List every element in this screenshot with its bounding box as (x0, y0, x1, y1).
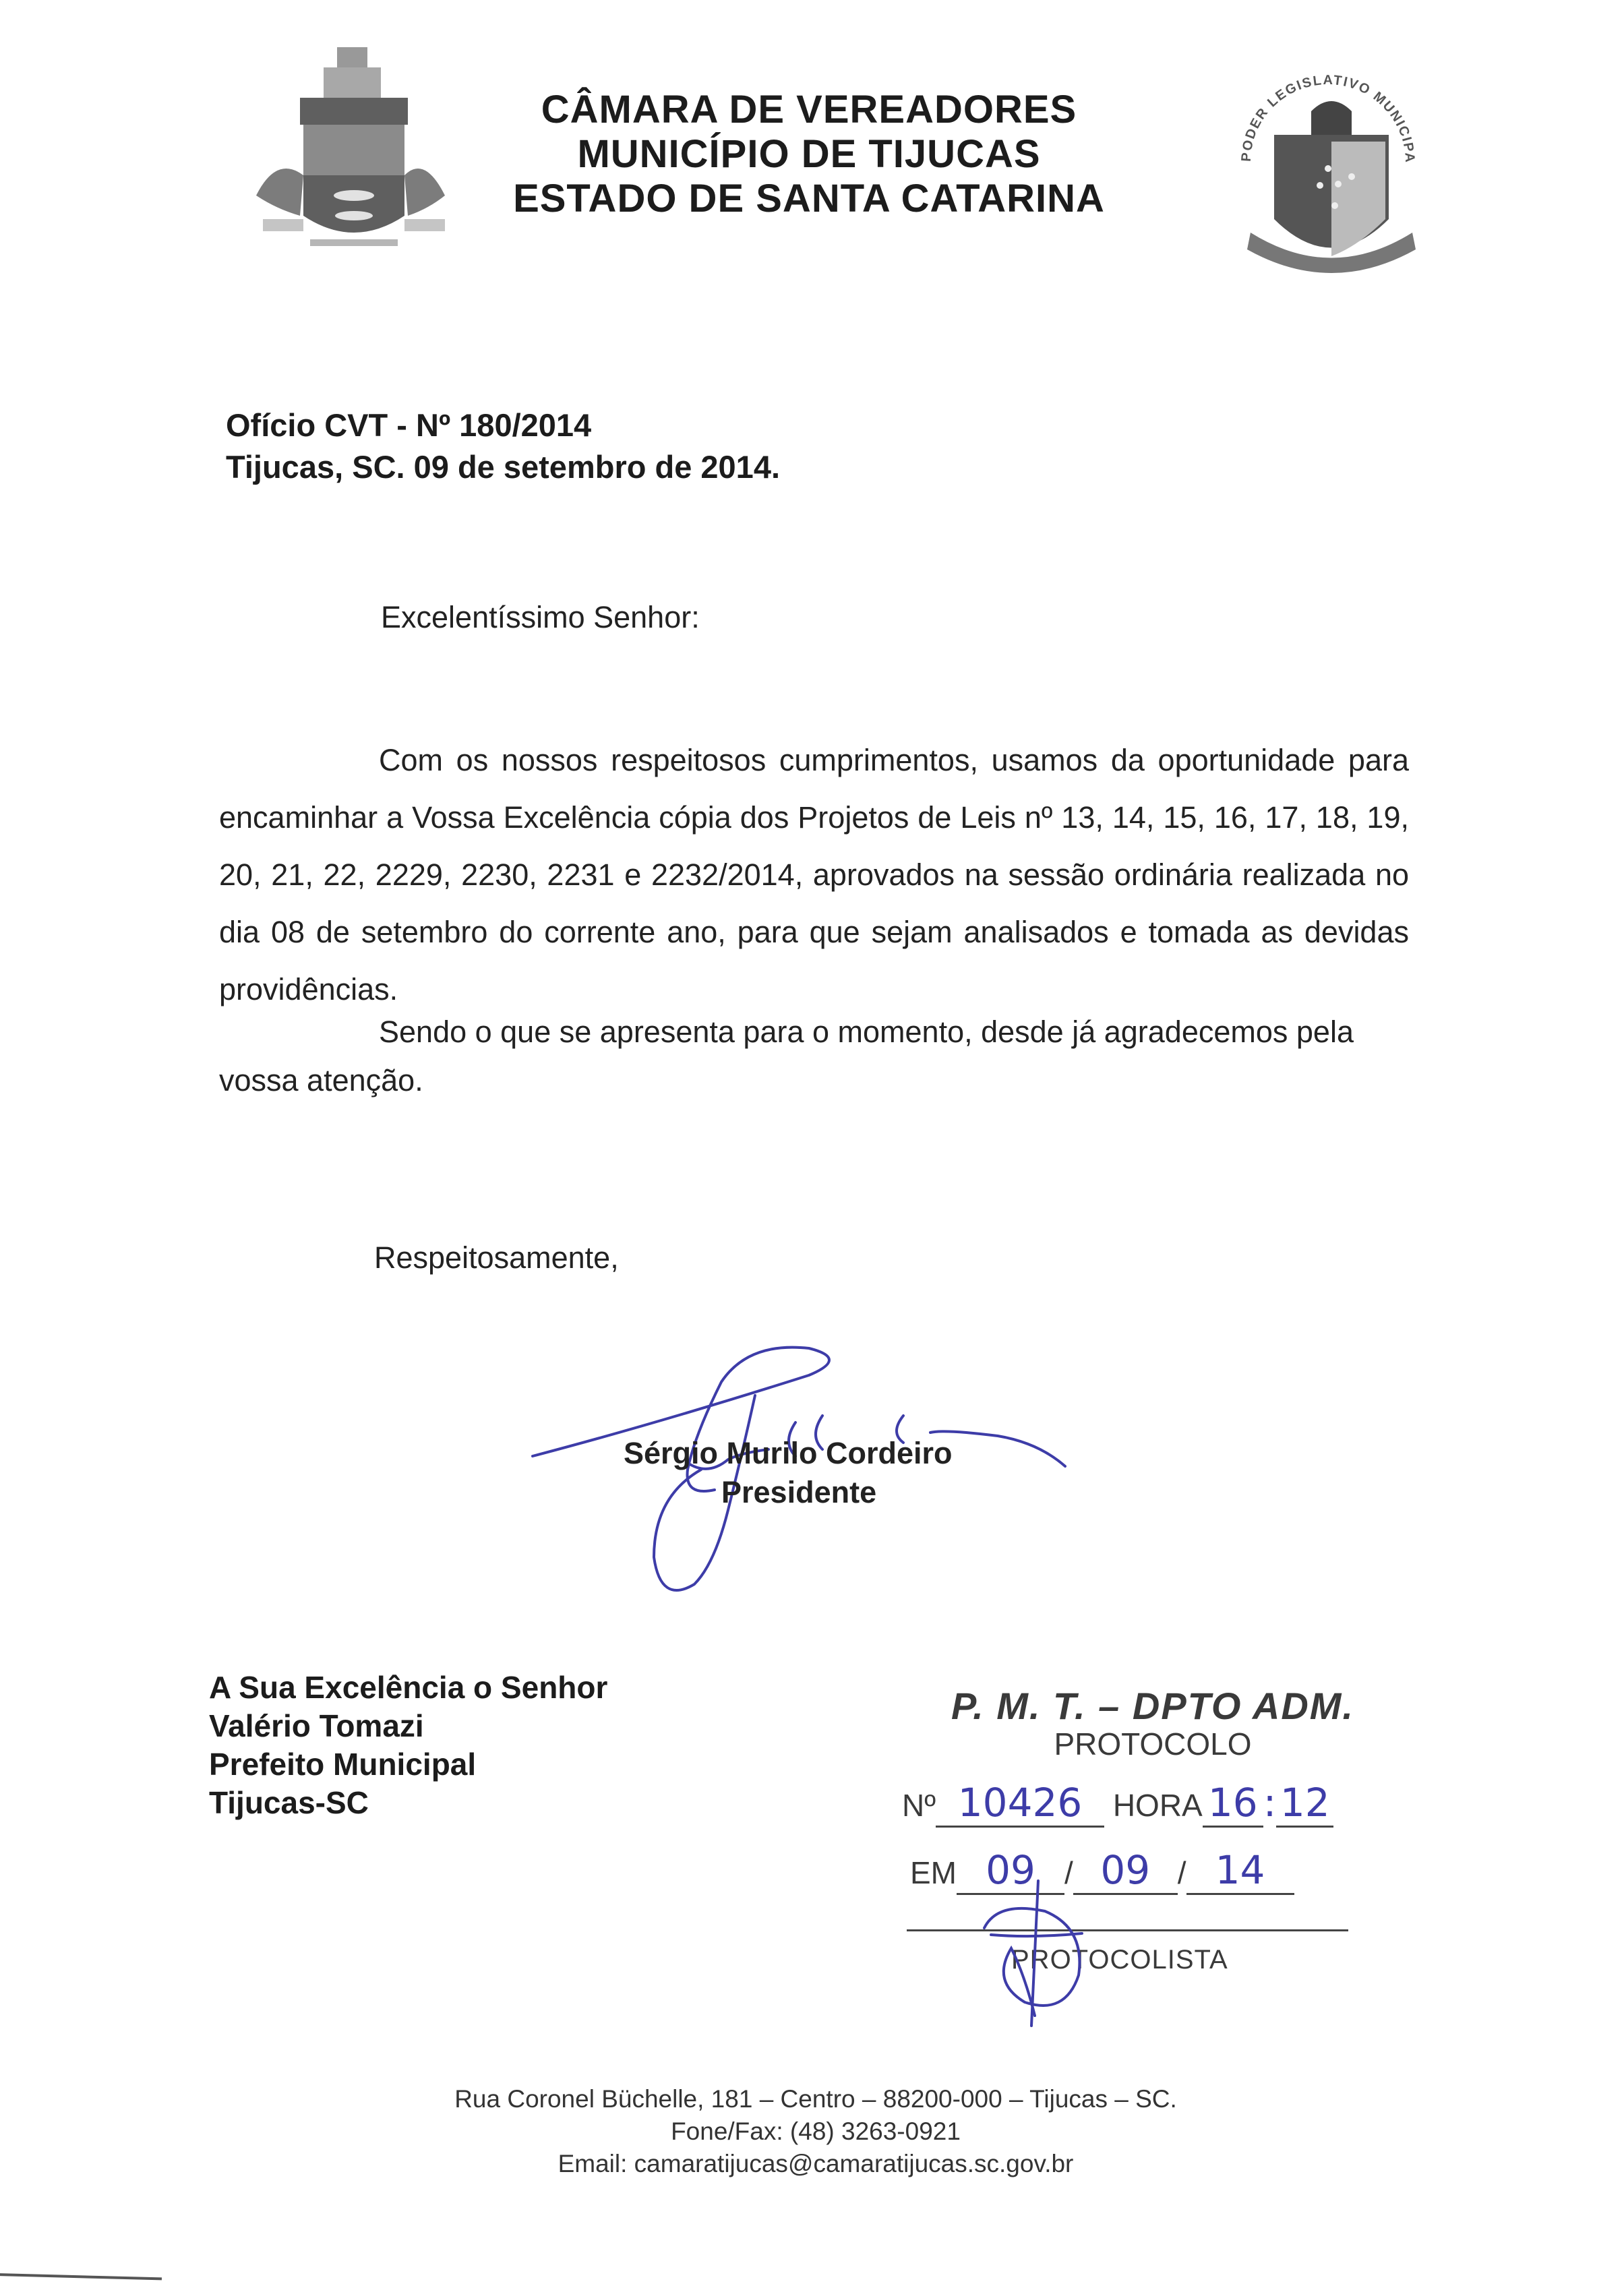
addressee-block: A Sua Excelência o Senhor Valério Tomazi… (209, 1668, 607, 1822)
stamp-minute-value: 12 (1276, 1780, 1333, 1828)
addressee-line-2: Valério Tomazi (209, 1707, 607, 1745)
footer-address: Rua Coronel Büchelle, 181 – Centro – 882… (270, 2083, 1362, 2115)
letterhead-line-2: MUNICÍPIO DE TIJUCAS (404, 132, 1213, 177)
stamp-year: 14 (1186, 1847, 1294, 1895)
document-reference: Ofício CVT - Nº 180/2014 Tijucas, SC. 09… (226, 404, 780, 488)
legislative-seal-icon: PODER LEGISLATIVO MUNICIPAL (1213, 61, 1443, 290)
signer-name: Sérgio Murilo Cordeiro (624, 1436, 953, 1471)
footer-email: Email: camaratijucas@camaratijucas.sc.go… (270, 2148, 1362, 2180)
stamp-hour-value: 16 (1203, 1780, 1263, 1828)
addressee-line-4: Tijucas-SC (209, 1784, 607, 1822)
stamp-department: P. M. T. – DPTO ADM. (924, 1684, 1382, 1728)
body-paragraph-2: Sendo o que se apresenta para o momento,… (219, 1008, 1409, 1105)
stamp-title: PROTOCOLO (924, 1726, 1382, 1762)
stamp-hour-label: HORA (1113, 1788, 1203, 1823)
letterhead-title: CÂMARA DE VEREADORES MUNICÍPIO DE TIJUCA… (404, 88, 1213, 221)
place-date: Tijucas, SC. 09 de setembro de 2014. (226, 446, 780, 488)
oficio-number: Ofício CVT - Nº 180/2014 (226, 404, 780, 446)
letterhead-footer: Rua Coronel Büchelle, 181 – Centro – 882… (270, 2083, 1362, 2180)
closing: Respeitosamente, (374, 1240, 619, 1275)
body-paragraph-1: Com os nossos respeitosos cumprimentos, … (219, 731, 1409, 1018)
footer-phone: Fone/Fax: (48) 3263-0921 (270, 2115, 1362, 2148)
letterhead-line-3: ESTADO DE SANTA CATARINA (404, 177, 1213, 221)
addressee-line-3: Prefeito Municipal (209, 1745, 607, 1784)
stamp-initials-icon (971, 1874, 1119, 2029)
stamp-number-row: Nº10426 HORA16:12 (902, 1780, 1333, 1828)
stamp-number-label: Nº (902, 1788, 936, 1823)
signer-role: Presidente (721, 1475, 876, 1510)
scan-edge-shadow (0, 2273, 162, 2281)
stamp-date-label: EM (910, 1855, 957, 1890)
letterhead-line-1: CÂMARA DE VEREADORES (404, 88, 1213, 132)
addressee-line-1: A Sua Excelência o Senhor (209, 1668, 607, 1707)
salutation: Excelentíssimo Senhor: (381, 600, 700, 635)
stamp-number-value: 10426 (936, 1780, 1104, 1828)
